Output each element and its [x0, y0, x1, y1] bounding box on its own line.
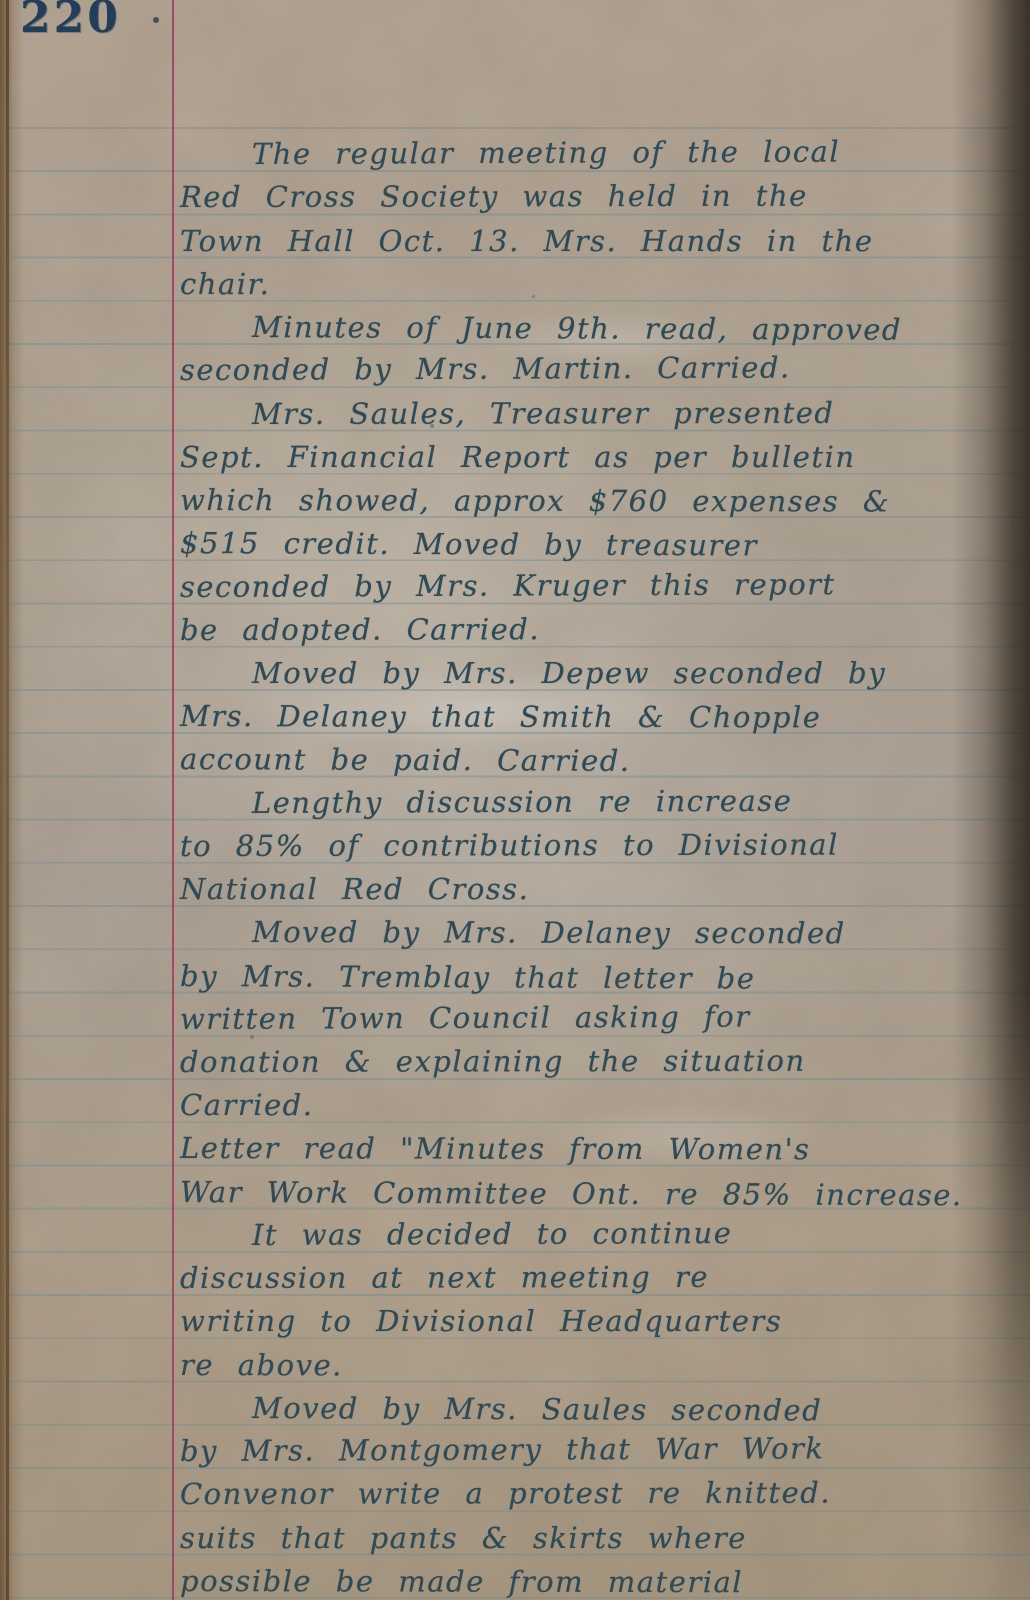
handwritten-line: to 85% of contributions to Divisional	[180, 823, 839, 866]
handwritten-line: chair.	[180, 263, 270, 305]
handwritten-line: Mrs. Delaney that Smith & Chopple	[180, 695, 821, 738]
handwritten-minutes-text: The regular meeting of the localRed Cros…	[0, 0, 1030, 1600]
handwritten-line: National Red Cross.	[180, 868, 529, 910]
handwritten-line: It was decided to continue	[252, 1212, 733, 1256]
handwritten-line: re above.	[180, 1344, 343, 1386]
handwritten-line: The regular meeting of the local	[252, 131, 840, 175]
handwritten-line: Moved by Mrs. Delaney seconded	[252, 911, 846, 954]
handwritten-line: Minutes of June 9th. read, approved	[252, 306, 902, 351]
handwritten-line: writing to Divisional Headquarters	[180, 1300, 782, 1342]
handwritten-line: by Mrs. Tremblay that letter be	[180, 955, 756, 999]
handwritten-line: seconded by Mrs. Martin. Carried.	[180, 347, 791, 392]
handwritten-line: Convenor write a protest re knitted.	[180, 1472, 831, 1515]
handwritten-line: discussion at next meeting re	[180, 1256, 709, 1299]
handwritten-line: written Town Council asking for	[180, 995, 751, 1039]
handwritten-line: possible be made from material	[180, 1560, 743, 1600]
handwritten-line: which showed, approx $760 expenses &	[180, 479, 890, 522]
handwritten-line: account be paid. Carried.	[180, 738, 631, 782]
handwritten-line: Lengthy discussion re increase	[252, 779, 793, 823]
handwritten-line: be adopted. Carried.	[180, 608, 540, 651]
handwritten-line: Town Hall Oct. 13. Mrs. Hands in the	[180, 220, 874, 262]
handwritten-line: Letter read "Minutes from Women's	[180, 1127, 811, 1170]
handwritten-line: $515 credit. Moved by treasurer	[180, 522, 758, 566]
handwritten-line: Sept. Financial Report as per bulletin	[180, 436, 856, 478]
handwritten-line: Moved by Mrs. Depew seconded by	[252, 652, 886, 694]
handwritten-line: Moved by Mrs. Saules seconded	[252, 1387, 822, 1431]
handwritten-line: Carried.	[180, 1084, 313, 1126]
handwritten-line: by Mrs. Montgomery that War Work	[180, 1427, 825, 1472]
handwritten-line: Red Cross Society was held in the	[180, 175, 808, 218]
handwritten-line: War Work Committee Ont. re 85% increase.	[180, 1171, 963, 1216]
ledger-page-scan: 220 The regular meeting of the localRed …	[0, 0, 1030, 1600]
handwritten-line: donation & explaining the situation	[180, 1040, 806, 1083]
handwritten-line: Mrs. Saules, Treasurer presented	[252, 391, 835, 434]
handwritten-line: seconded by Mrs. Kruger this report	[180, 563, 836, 608]
handwritten-line: suits that pants & skirts where	[180, 1517, 747, 1559]
